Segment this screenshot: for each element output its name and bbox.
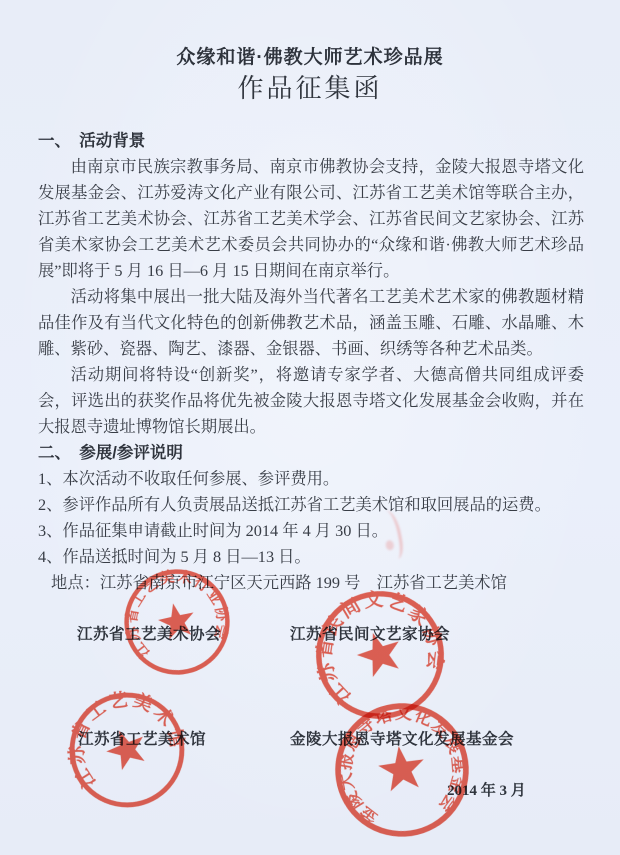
section-2-heading: 二、 参展/参评说明 bbox=[38, 440, 584, 466]
stamp-3: 江苏省工艺美术馆 bbox=[48, 671, 207, 830]
document-body: 一、 活动背景 由南京市民族宗教事务局、南京市佛教协会支持，金陵大报恩寺塔文化发… bbox=[38, 128, 584, 596]
stamp-star bbox=[155, 600, 198, 641]
stamp-4-seal: 金陵大报恩寺塔文化发展基金会 bbox=[322, 690, 482, 850]
list-item-4: 4、作品送抵时间为 5 月 8 日—13 日。 bbox=[38, 544, 584, 570]
page-title: 众缘和谐·佛教大师艺术珍品展 bbox=[0, 42, 620, 69]
list-item-2: 2、参评作品所有人负责展品送抵江苏省工艺美术馆和取回展品的运费。 bbox=[38, 492, 584, 518]
stamp-star bbox=[101, 723, 152, 773]
stamp-3-seal: 江苏省工艺美术馆 bbox=[48, 671, 207, 830]
stamp-4: 金陵大报恩寺塔文化发展基金会 bbox=[322, 690, 482, 850]
page-subtitle: 作品征集函 bbox=[0, 68, 620, 105]
stamp-star bbox=[376, 743, 427, 793]
stamp-1-seal: 江苏省工艺美术行业协会 bbox=[111, 556, 244, 689]
paragraph-background-3: 活动期间将特设“创新奖”，将邀请专家学者、大德高僧共同组成评委会，评选出的获奖作… bbox=[38, 362, 584, 440]
stamp-star bbox=[352, 626, 407, 679]
scanned-document-page: 众缘和谐·佛教大师艺术珍品展 作品征集函 一、 活动背景 由南京市民族宗教事务局… bbox=[0, 0, 620, 855]
section-1-heading: 一、 活动背景 bbox=[38, 128, 584, 154]
list-item-1: 1、本次活动不收取任何参展、参评费用。 bbox=[38, 466, 584, 492]
paragraph-background-1: 由南京市民族宗教事务局、南京市佛教协会支持，金陵大报恩寺塔文化发展基金会、江苏爱… bbox=[38, 154, 584, 284]
stamp-1: 江苏省工艺美术行业协会 bbox=[111, 556, 244, 689]
paragraph-background-2: 活动将集中展出一批大陆及海外当代著名工艺美术艺术家的佛教题材精品佳作及有当代文化… bbox=[38, 284, 584, 362]
list-item-3: 3、作品征集申请截止时间为 2014 年 4 月 30 日。 bbox=[38, 518, 584, 544]
